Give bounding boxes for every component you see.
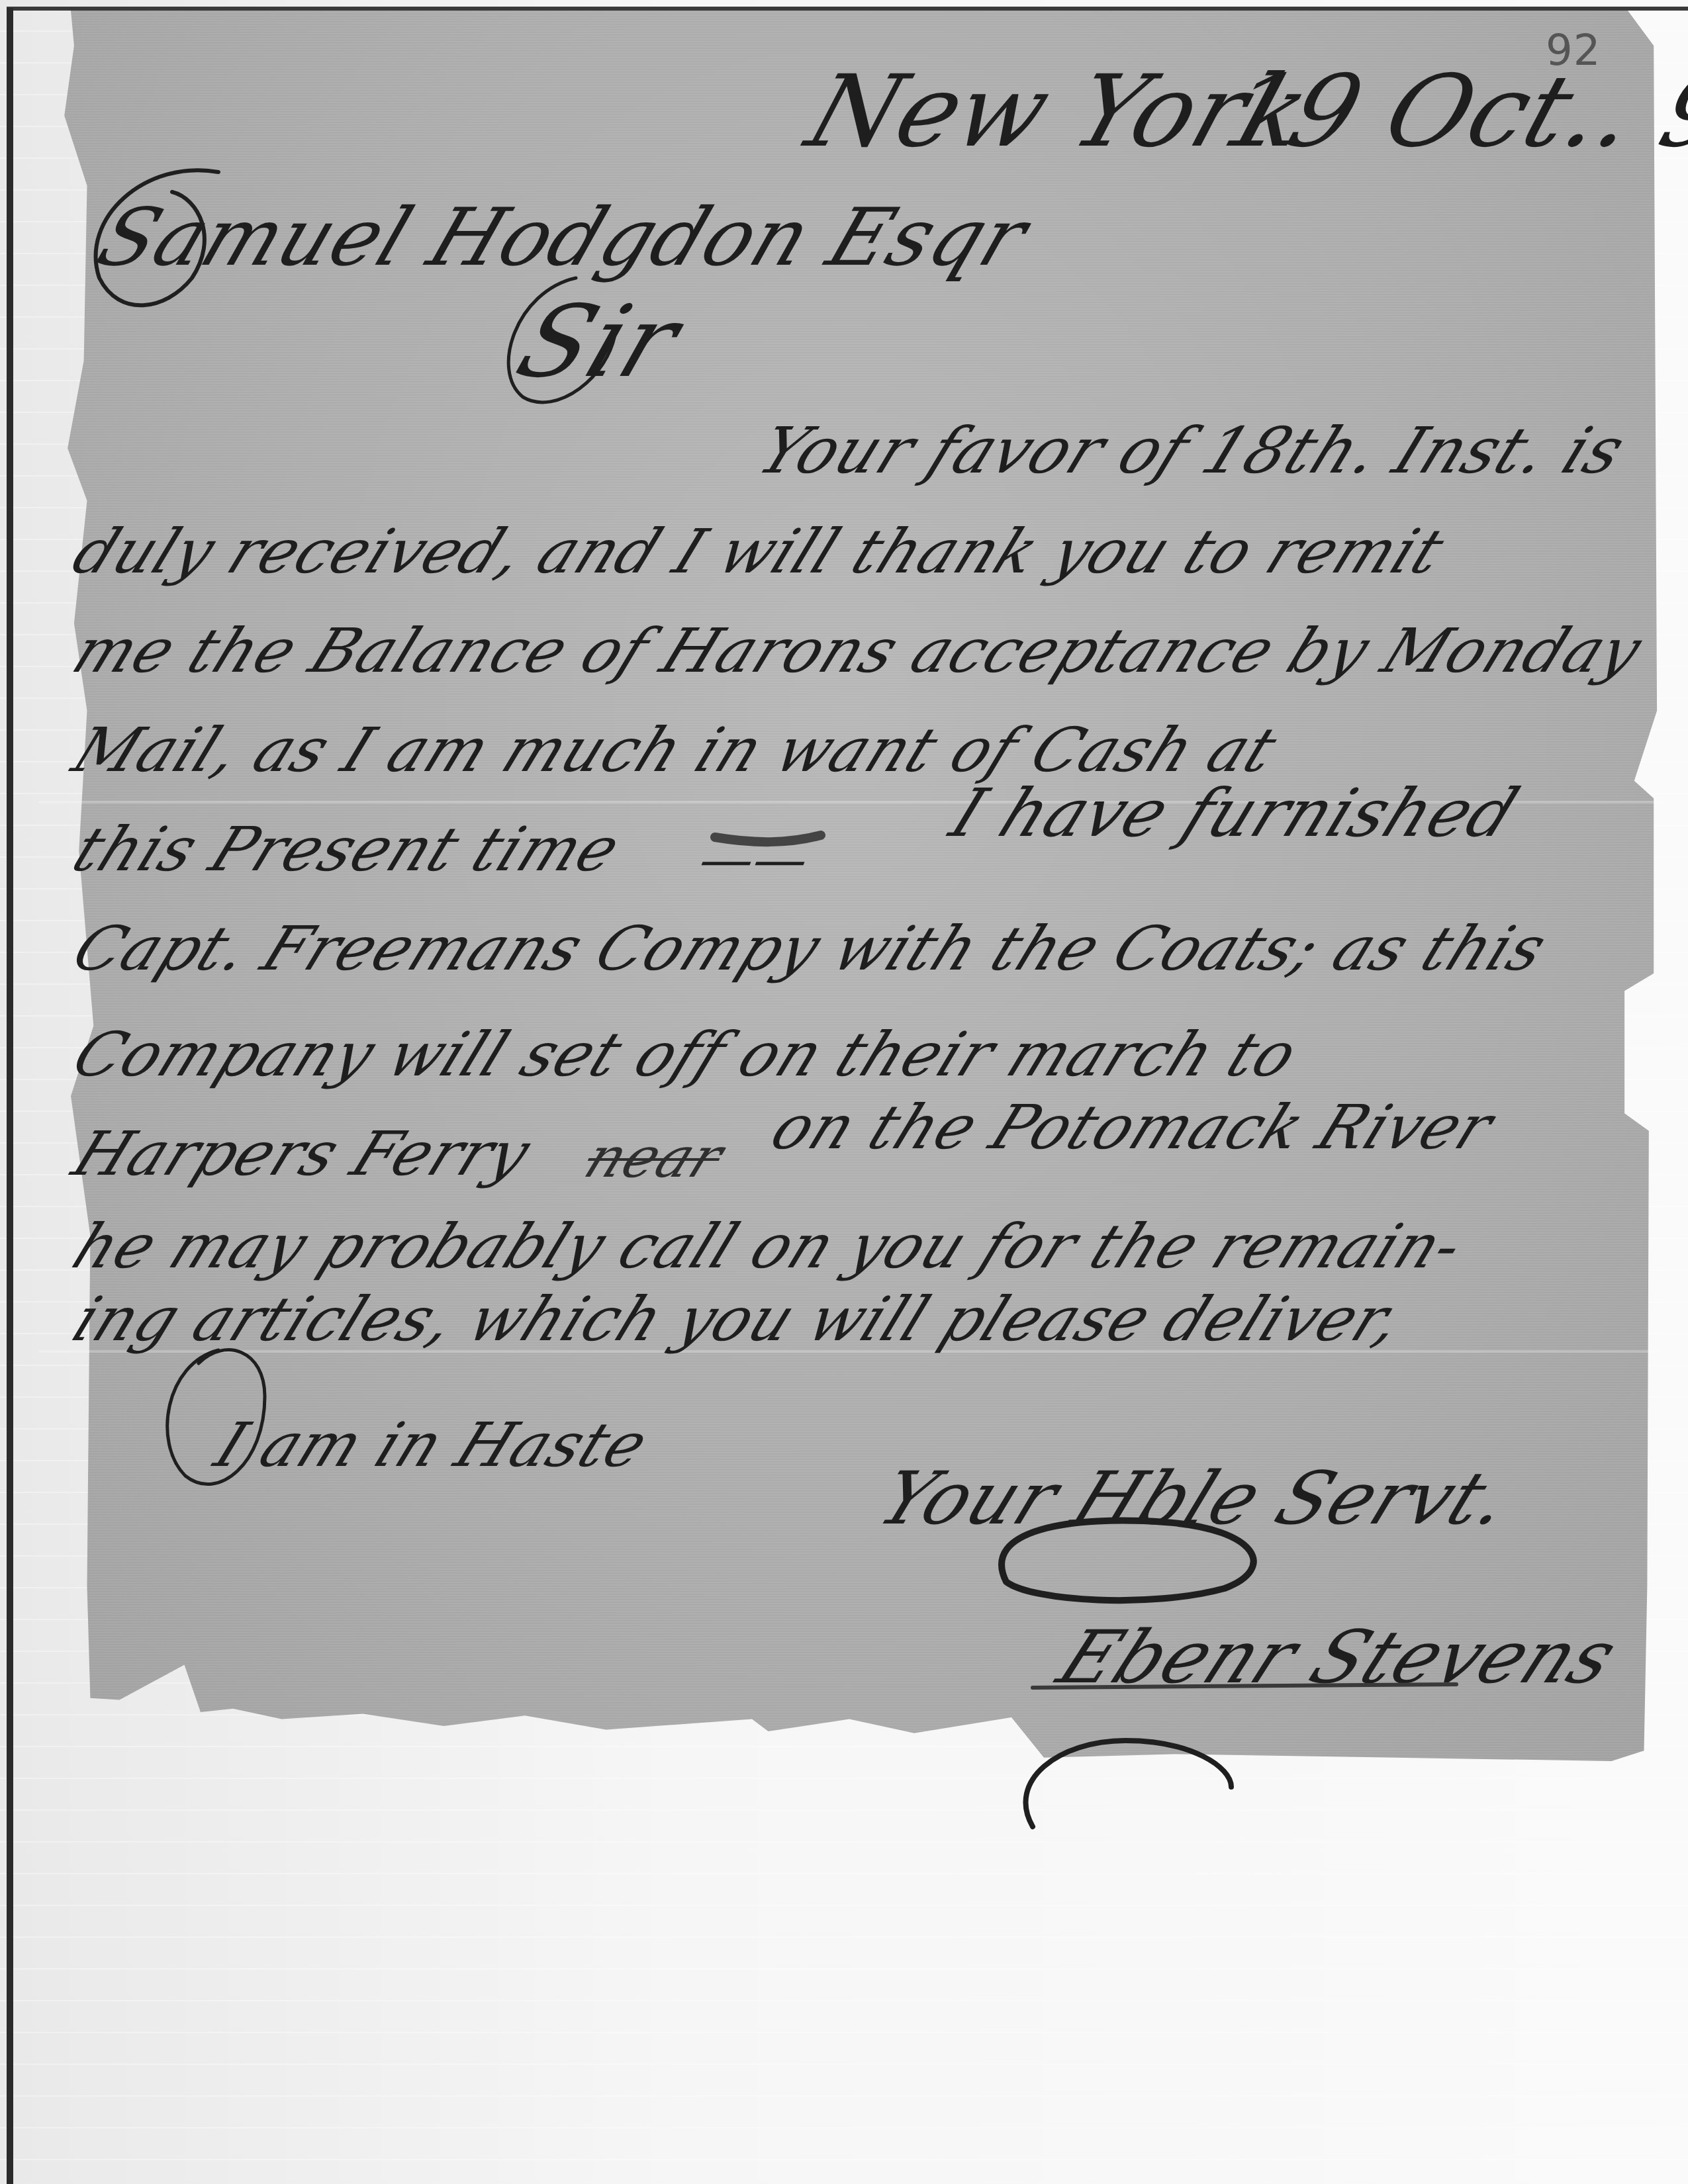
body-line: Your favor of 18th. Inst. is (748, 414, 1636, 488)
body-line: he may probably call on you for the rema… (63, 1211, 1474, 1282)
body-line: this Present time (63, 814, 631, 885)
dateline-date: 19 Oct.. 99— (1211, 54, 1688, 169)
scanner-edge-top (7, 7, 1688, 11)
recipient-name: Samuel Hodgdon Esqr (86, 192, 1039, 284)
body-line: duly received, and I will thank you to r… (63, 516, 1455, 587)
body-line: I have furnished (940, 774, 1530, 852)
body-line: Capt. Freemans Compy with the Coats; as … (63, 913, 1557, 984)
body-line: me the Balance of Harons acceptance by M… (63, 615, 1652, 686)
body-line: ing articles, which you will please deli… (63, 1284, 1413, 1355)
scanner-edge-left (7, 8, 13, 2184)
body-line: Company will set off on their march to (63, 1019, 1308, 1090)
struck-word: near (576, 1125, 733, 1190)
signature: Ebenr Stevens (1046, 1615, 1630, 1700)
body-line: Harpers Ferry (63, 1118, 541, 1189)
body-line: on the Potomack River (761, 1092, 1504, 1163)
dash: —— (695, 829, 813, 890)
closing-line: Your Hble Servt. (867, 1456, 1523, 1541)
closing-line: I am in Haste (205, 1410, 659, 1480)
